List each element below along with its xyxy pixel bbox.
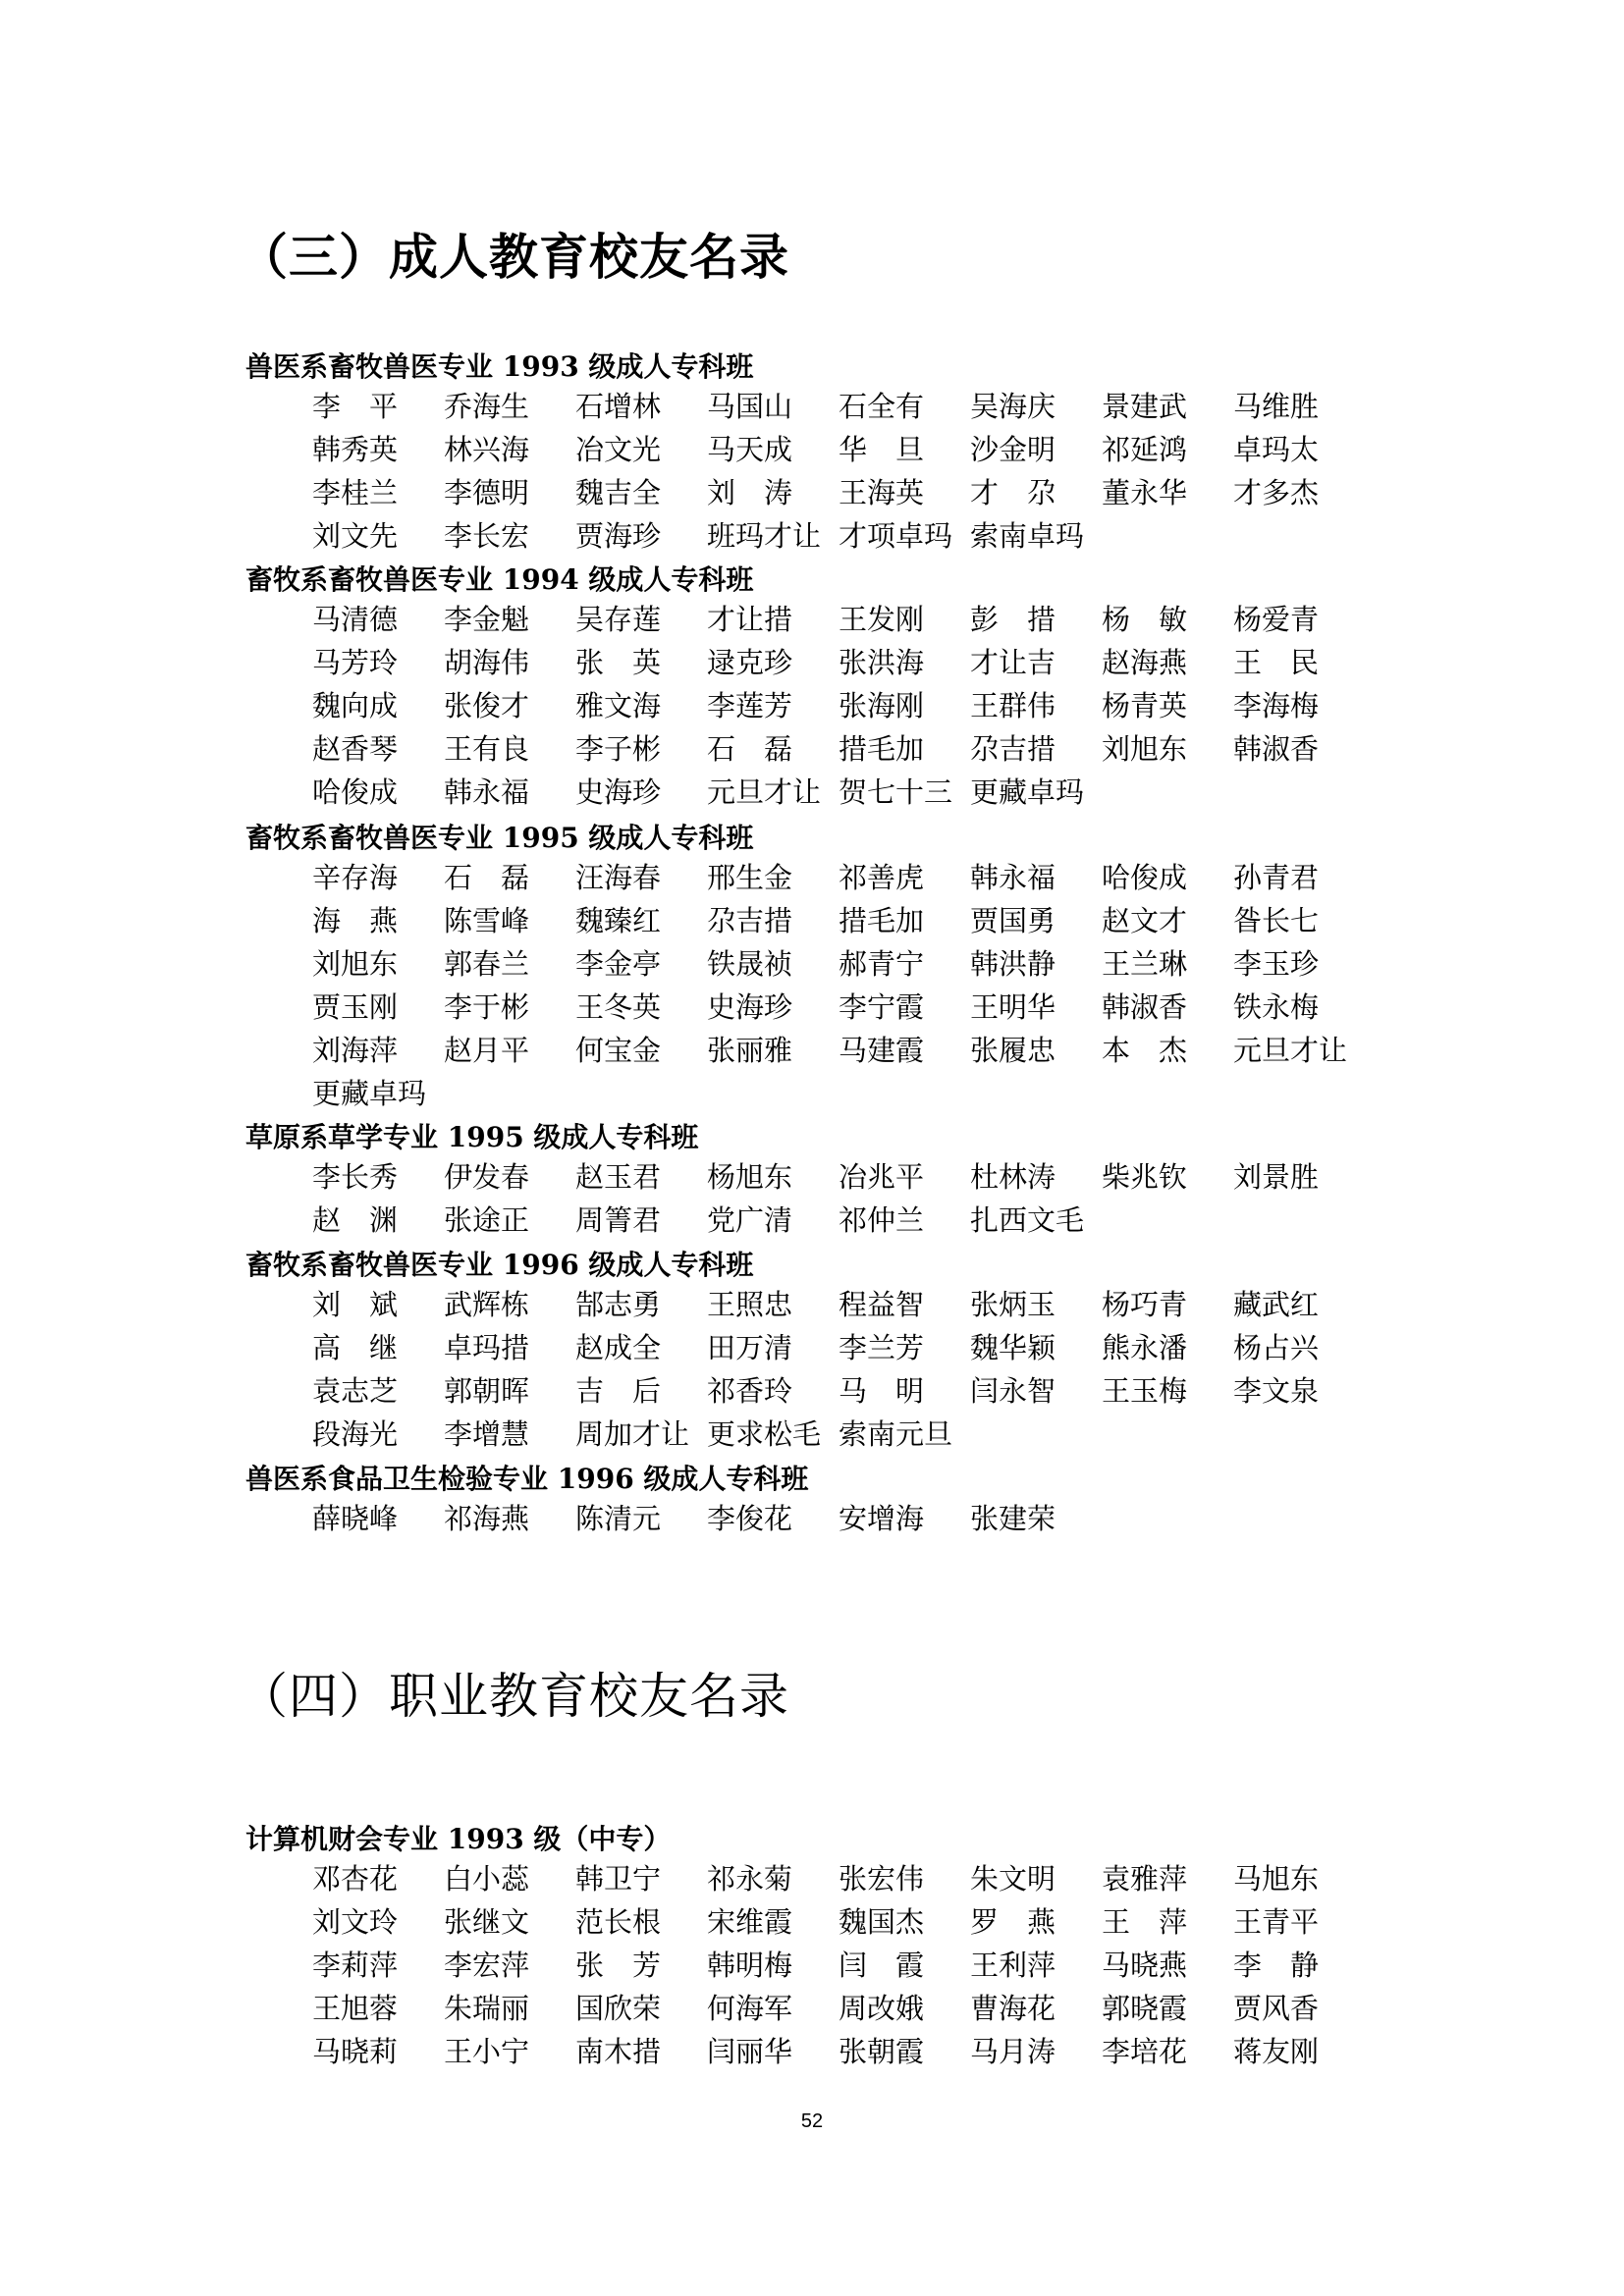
alumni-name: 王海英	[839, 473, 924, 512]
section-heading-adult-education: （三）成人教育校友名录	[239, 218, 789, 289]
alumni-name: 刘文先	[312, 516, 398, 556]
alumni-name: 柴兆钦	[1102, 1157, 1187, 1197]
alumni-name: 张 芳	[575, 1946, 661, 1985]
alumni-name: 何海军	[707, 1989, 792, 2028]
alumni-name: 李于彬	[444, 988, 529, 1027]
alumni-name: 祁海燕	[444, 1499, 529, 1538]
alumni-name: 陈雪峰	[444, 901, 529, 940]
alumni-name: 闫丽华	[707, 2032, 792, 2071]
alumni-name: 赵海燕	[1102, 643, 1187, 682]
alumni-name: 周改娥	[839, 1989, 924, 2028]
alumni-name: 马晓莉	[312, 2032, 398, 2071]
alumni-name: 海 燕	[312, 901, 398, 940]
alumni-name: 乔海生	[444, 387, 529, 426]
alumni-name: 张炳玉	[970, 1285, 1056, 1324]
alumni-name: 李宁霞	[839, 988, 924, 1027]
alumni-name: 哈俊成	[312, 773, 398, 812]
alumni-name: 杜林涛	[970, 1157, 1056, 1197]
alumni-name: 郭晓霞	[1102, 1989, 1187, 2028]
alumni-name: 郜志勇	[575, 1285, 661, 1324]
alumni-name: 田万清	[707, 1328, 792, 1367]
alumni-name: 韩淑香	[1233, 729, 1319, 769]
alumni-name: 董永华	[1102, 473, 1187, 512]
alumni-name: 马天成	[707, 430, 792, 469]
alumni-name: 马建霞	[839, 1031, 924, 1070]
alumni-name: 高 继	[312, 1328, 398, 1367]
alumni-name: 王兰琳	[1102, 944, 1187, 984]
alumni-name: 祁仲兰	[839, 1201, 924, 1240]
alumni-name: 郭春兰	[444, 944, 529, 984]
alumni-name: 郭朝晖	[444, 1371, 529, 1411]
alumni-name: 胡海伟	[444, 643, 529, 682]
alumni-name: 李莉萍	[312, 1946, 398, 1985]
alumni-name: 安增海	[839, 1499, 924, 1538]
alumni-name: 张丽雅	[707, 1031, 792, 1070]
alumni-name: 张海刚	[839, 686, 924, 725]
alumni-name: 祁永菊	[707, 1859, 792, 1898]
class-title: 兽医系食品卫生检验专业 1996 级成人专科班	[245, 1460, 808, 1499]
alumni-name: 华 旦	[839, 430, 924, 469]
alumni-name: 张宏伟	[839, 1859, 924, 1898]
alumni-name: 孙青君	[1233, 858, 1319, 897]
alumni-name: 王旭蓉	[312, 1989, 398, 2028]
alumni-name: 张继文	[444, 1902, 529, 1942]
alumni-name: 袁志芝	[312, 1371, 398, 1411]
alumni-name: 张俊才	[444, 686, 529, 725]
alumni-name: 更求松毛	[707, 1415, 821, 1454]
alumni-name: 魏吉全	[575, 473, 661, 512]
alumni-name: 尕吉措	[970, 729, 1056, 769]
alumni-name: 李宏萍	[444, 1946, 529, 1985]
alumni-name: 索南卓玛	[970, 516, 1084, 556]
alumni-name: 王 民	[1233, 643, 1319, 682]
alumni-name: 伊发春	[444, 1157, 529, 1197]
alumni-name: 曹海花	[970, 1989, 1056, 2028]
alumni-name: 党广清	[707, 1201, 792, 1240]
alumni-name: 李金亭	[575, 944, 661, 984]
class-title: 兽医系畜牧兽医专业 1993 级成人专科班	[245, 347, 753, 387]
alumni-name: 张建荣	[970, 1499, 1056, 1538]
alumni-name: 石 磊	[707, 729, 792, 769]
alumni-name: 杨旭东	[707, 1157, 792, 1197]
alumni-name: 祁香玲	[707, 1371, 792, 1411]
alumni-name: 杨巧青	[1102, 1285, 1187, 1324]
alumni-name: 马芳玲	[312, 643, 398, 682]
alumni-name: 马旭东	[1233, 1859, 1319, 1898]
alumni-name: 昝长七	[1233, 901, 1319, 940]
alumni-name: 李 静	[1233, 1946, 1319, 1985]
alumni-name: 赵文才	[1102, 901, 1187, 940]
alumni-name: 王利萍	[970, 1946, 1056, 1985]
class-title: 畜牧系畜牧兽医专业 1996 级成人专科班	[245, 1246, 753, 1285]
alumni-name: 郝青宁	[839, 944, 924, 984]
alumni-name: 李文泉	[1233, 1371, 1319, 1411]
alumni-name: 国欣荣	[575, 1989, 661, 2028]
alumni-name: 武辉栋	[444, 1285, 529, 1324]
alumni-name: 祁延鸿	[1102, 430, 1187, 469]
alumni-name: 沙金明	[970, 430, 1056, 469]
alumni-name: 刘 斌	[312, 1285, 398, 1324]
alumni-name: 李 平	[312, 387, 398, 426]
alumni-name: 逯克珍	[707, 643, 792, 682]
alumni-name: 马国山	[707, 387, 792, 426]
alumni-name: 张朝霞	[839, 2032, 924, 2071]
alumni-name: 段海光	[312, 1415, 398, 1454]
alumni-name: 铁永梅	[1233, 988, 1319, 1027]
alumni-name: 范长根	[575, 1902, 661, 1942]
alumni-name: 汪海春	[575, 858, 661, 897]
alumni-name: 闫 霞	[839, 1946, 924, 1985]
alumni-name: 马晓燕	[1102, 1946, 1187, 1985]
alumni-name: 刘旭东	[1102, 729, 1187, 769]
alumni-name: 李长秀	[312, 1157, 398, 1197]
class-title: 畜牧系畜牧兽医专业 1995 级成人专科班	[245, 819, 753, 858]
alumni-name: 李培花	[1102, 2032, 1187, 2071]
document-page: （三）成人教育校友名录 兽医系畜牧兽医专业 1993 级成人专科班李 平乔海生石…	[0, 0, 1624, 2296]
alumni-name: 李海梅	[1233, 686, 1319, 725]
alumni-name: 杨占兴	[1233, 1328, 1319, 1367]
alumni-name: 辛存海	[312, 858, 398, 897]
class-title: 草原系草学专业 1995 级成人专科班	[245, 1118, 698, 1157]
alumni-name: 马月涛	[970, 2032, 1056, 2071]
alumni-name: 卓玛太	[1233, 430, 1319, 469]
alumni-name: 王明华	[970, 988, 1056, 1027]
alumni-name: 王发刚	[839, 600, 924, 639]
alumni-name: 杨爱青	[1233, 600, 1319, 639]
alumni-name: 蒋友刚	[1233, 2032, 1319, 2071]
alumni-name: 薛晓峰	[312, 1499, 398, 1538]
alumni-name: 元旦才让	[1233, 1031, 1347, 1070]
alumni-name: 哈俊成	[1102, 858, 1187, 897]
alumni-name: 冶文光	[575, 430, 661, 469]
alumni-name: 南木措	[575, 2032, 661, 2071]
alumni-name: 史海珍	[707, 988, 792, 1027]
alumni-name: 刘 涛	[707, 473, 792, 512]
alumni-name: 吴海庆	[970, 387, 1056, 426]
alumni-name: 熊永潘	[1102, 1328, 1187, 1367]
alumni-name: 石增林	[575, 387, 661, 426]
alumni-name: 王 萍	[1102, 1902, 1187, 1942]
alumni-name: 扎西文毛	[970, 1201, 1084, 1240]
alumni-name: 韩淑香	[1102, 988, 1187, 1027]
alumni-name: 李玉珍	[1233, 944, 1319, 984]
alumni-name: 李兰芳	[839, 1328, 924, 1367]
alumni-name: 石 磊	[444, 858, 529, 897]
alumni-name: 闫永智	[970, 1371, 1056, 1411]
alumni-name: 贾国勇	[970, 901, 1056, 940]
class-title: 畜牧系畜牧兽医专业 1994 级成人专科班	[245, 561, 753, 600]
alumni-name: 石全有	[839, 387, 924, 426]
alumni-name: 张途正	[444, 1201, 529, 1240]
alumni-name: 措毛加	[839, 729, 924, 769]
alumni-name: 张履忠	[970, 1031, 1056, 1070]
alumni-name: 韩洪静	[970, 944, 1056, 984]
alumni-name: 张洪海	[839, 643, 924, 682]
alumni-name: 更藏卓玛	[312, 1074, 426, 1113]
alumni-name: 铁晟祯	[707, 944, 792, 984]
alumni-name: 马 明	[839, 1371, 924, 1411]
alumni-name: 宋维霞	[707, 1902, 792, 1942]
alumni-name: 李德明	[444, 473, 529, 512]
alumni-name: 本 杰	[1102, 1031, 1187, 1070]
alumni-name: 魏华颖	[970, 1328, 1056, 1367]
alumni-name: 杨青英	[1102, 686, 1187, 725]
alumni-name: 朱文明	[970, 1859, 1056, 1898]
alumni-name: 王冬英	[575, 988, 661, 1027]
alumni-name: 赵 渊	[312, 1201, 398, 1240]
alumni-name: 贺七十三	[839, 773, 952, 812]
alumni-name: 刘景胜	[1233, 1157, 1319, 1197]
alumni-name: 景建武	[1102, 387, 1187, 426]
alumni-name: 赵玉君	[575, 1157, 661, 1197]
alumni-name: 李增慧	[444, 1415, 529, 1454]
alumni-name: 赵香琴	[312, 729, 398, 769]
alumni-name: 才让吉	[970, 643, 1056, 682]
alumni-name: 何宝金	[575, 1031, 661, 1070]
alumni-name: 罗 燕	[970, 1902, 1056, 1942]
alumni-name: 白小蕊	[444, 1859, 529, 1898]
alumni-name: 李子彬	[575, 729, 661, 769]
alumni-name: 雅文海	[575, 686, 661, 725]
page-number: 52	[0, 2110, 1624, 2133]
alumni-name: 李长宏	[444, 516, 529, 556]
alumni-name: 吴存莲	[575, 600, 661, 639]
alumni-name: 祁善虎	[839, 858, 924, 897]
alumni-name: 才让措	[707, 600, 792, 639]
alumni-name: 陈清元	[575, 1499, 661, 1538]
alumni-name: 彭 措	[970, 600, 1056, 639]
alumni-name: 周箐君	[575, 1201, 661, 1240]
alumni-name: 贾海珍	[575, 516, 661, 556]
alumni-name: 韩永福	[970, 858, 1056, 897]
alumni-name: 魏向成	[312, 686, 398, 725]
alumni-name: 才 尕	[970, 473, 1056, 512]
alumni-name: 韩卫宁	[575, 1859, 661, 1898]
alumni-name: 元旦才让	[707, 773, 821, 812]
alumni-name: 李莲芳	[707, 686, 792, 725]
alumni-name: 马清德	[312, 600, 398, 639]
alumni-name: 王青平	[1233, 1902, 1319, 1942]
alumni-name: 刘海萍	[312, 1031, 398, 1070]
alumni-name: 才项卓玛	[839, 516, 952, 556]
alumni-name: 赵成全	[575, 1328, 661, 1367]
alumni-name: 尕吉措	[707, 901, 792, 940]
alumni-name: 吉 后	[575, 1371, 661, 1411]
alumni-name: 邢生金	[707, 858, 792, 897]
alumni-name: 王照忠	[707, 1285, 792, 1324]
alumni-name: 韩秀英	[312, 430, 398, 469]
alumni-name: 王玉梅	[1102, 1371, 1187, 1411]
alumni-name: 史海珍	[575, 773, 661, 812]
alumni-name: 贾玉刚	[312, 988, 398, 1027]
alumni-name: 贾风香	[1233, 1989, 1319, 2028]
alumni-name: 班玛才让	[707, 516, 821, 556]
alumni-name: 邓杏花	[312, 1859, 398, 1898]
alumni-name: 林兴海	[444, 430, 529, 469]
alumni-name: 索南元旦	[839, 1415, 952, 1454]
alumni-name: 李金魁	[444, 600, 529, 639]
alumni-name: 藏武红	[1233, 1285, 1319, 1324]
alumni-name: 韩永福	[444, 773, 529, 812]
section-heading-vocational-education: （四）职业教育校友名录	[239, 1657, 789, 1728]
alumni-name: 王群伟	[970, 686, 1056, 725]
alumni-name: 赵月平	[444, 1031, 529, 1070]
alumni-name: 杨 敏	[1102, 600, 1187, 639]
alumni-name: 朱瑞丽	[444, 1989, 529, 2028]
alumni-name: 卓玛措	[444, 1328, 529, 1367]
alumni-name: 王小宁	[444, 2032, 529, 2071]
alumni-name: 王有良	[444, 729, 529, 769]
class-title: 计算机财会专业 1993 级（中专）	[245, 1820, 671, 1859]
alumni-name: 袁雅萍	[1102, 1859, 1187, 1898]
alumni-name: 措毛加	[839, 901, 924, 940]
alumni-name: 张 英	[575, 643, 661, 682]
alumni-name: 更藏卓玛	[970, 773, 1084, 812]
alumni-name: 李俊花	[707, 1499, 792, 1538]
alumni-name: 刘文玲	[312, 1902, 398, 1942]
alumni-name: 魏臻红	[575, 901, 661, 940]
alumni-name: 冶兆平	[839, 1157, 924, 1197]
alumni-name: 李桂兰	[312, 473, 398, 512]
alumni-name: 程益智	[839, 1285, 924, 1324]
alumni-name: 才多杰	[1233, 473, 1319, 512]
alumni-name: 周加才让	[575, 1415, 689, 1454]
alumni-name: 魏国杰	[839, 1902, 924, 1942]
alumni-name: 马维胜	[1233, 387, 1319, 426]
alumni-name: 韩明梅	[707, 1946, 792, 1985]
alumni-name: 刘旭东	[312, 944, 398, 984]
